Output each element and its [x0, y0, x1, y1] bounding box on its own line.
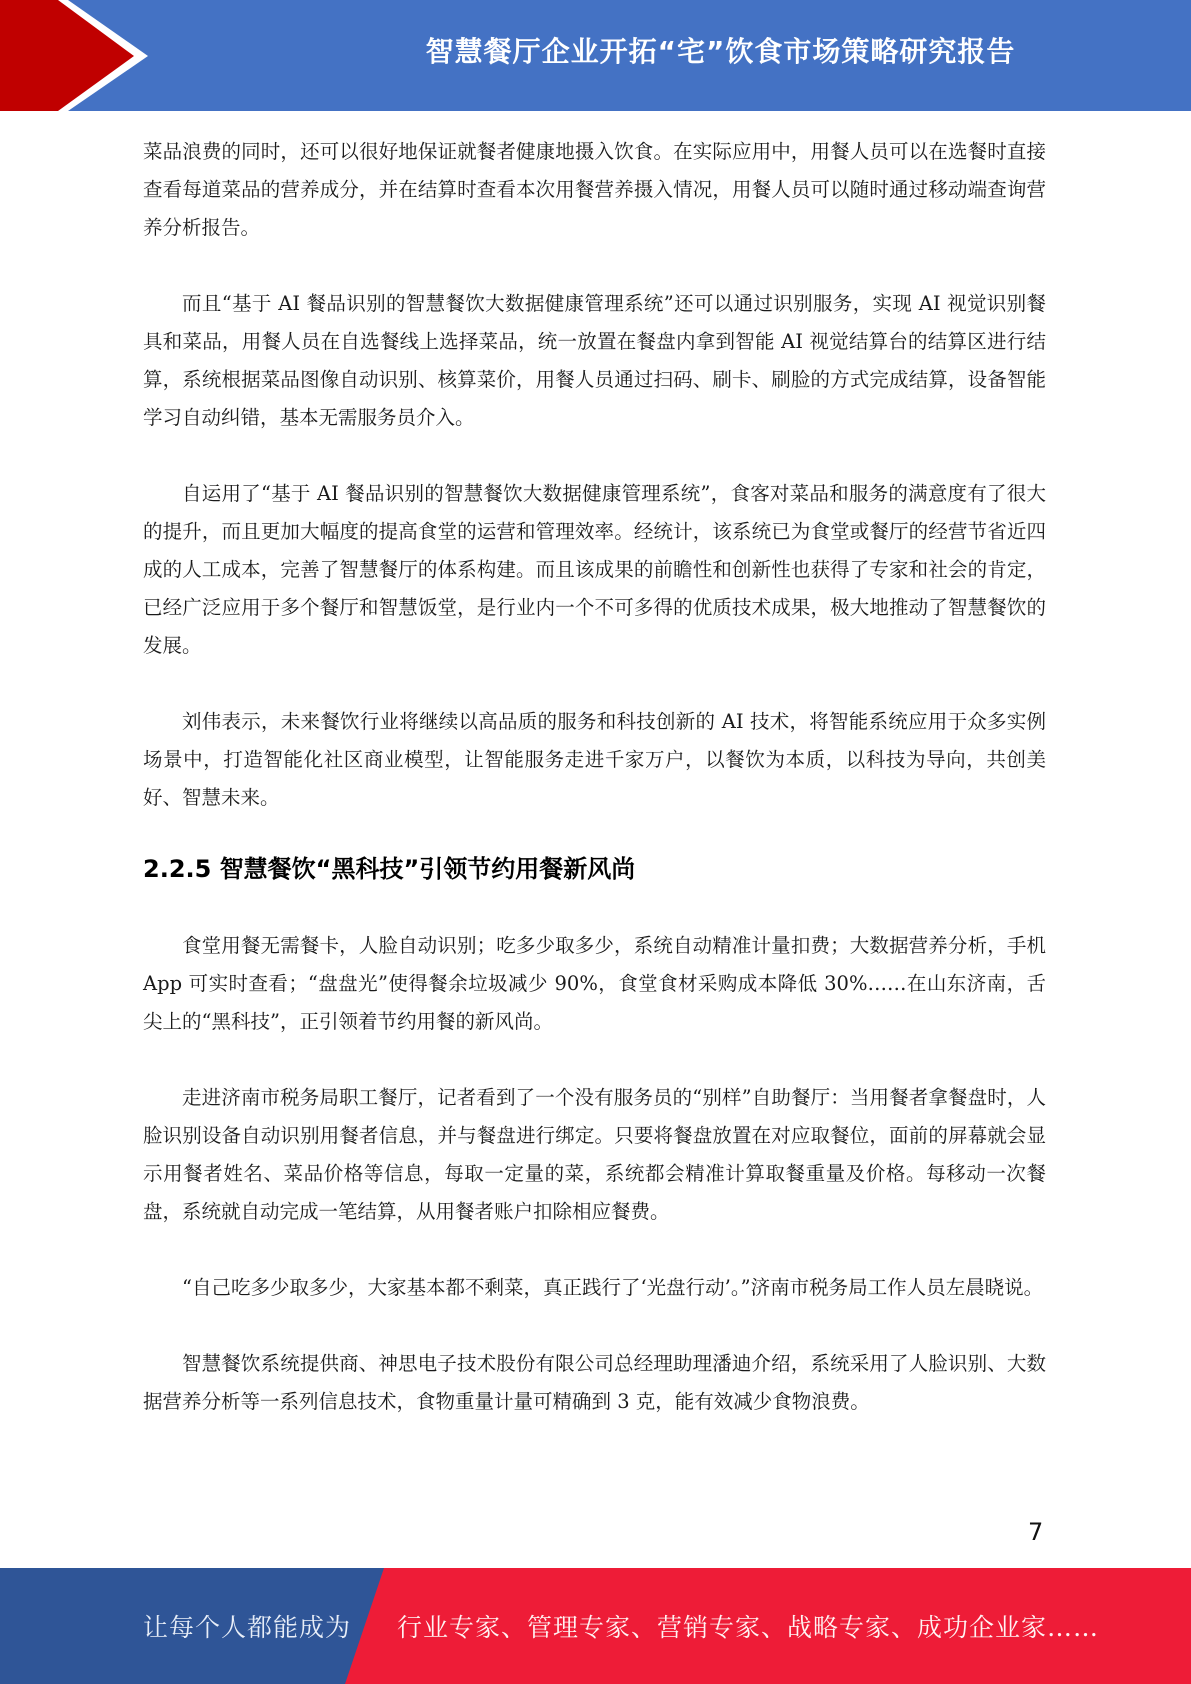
- paragraph: 而且“基于 AI 餐品识别的智慧餐饮大数据健康管理系统”还可以通过识别服务，实现…: [143, 285, 1046, 437]
- document-title: 智慧餐厅企业开拓“宅”饮食市场策略研究报告: [250, 0, 1151, 100]
- page-number: 7: [1028, 1518, 1043, 1546]
- paragraph: 走进济南市税务局职工餐厅，记者看到了一个没有服务员的“别样”自助餐厅：当用餐者拿…: [143, 1079, 1046, 1231]
- paragraph: 智慧餐饮系统提供商、神思电子技术股份有限公司总经理助理潘迪介绍，系统采用了人脸识…: [143, 1345, 1046, 1421]
- paragraph: “自己吃多少取多少，大家基本都不剩菜，真正践行了‘光盘行动’。”济南市税务局工作…: [143, 1269, 1046, 1307]
- paragraph: 食堂用餐无需餐卡，人脸自动识别；吃多少取多少，系统自动精准计量扣费；大数据营养分…: [143, 927, 1046, 1041]
- document-body: 菜品浪费的同时，还可以很好地保证就餐者健康地摄入饮食。在实际应用中，用餐人员可以…: [143, 133, 1046, 1421]
- paragraph: 自运用了“基于 AI 餐品识别的智慧餐饮大数据健康管理系统”，食客对菜品和服务的…: [143, 475, 1046, 665]
- paragraph: 菜品浪费的同时，还可以很好地保证就餐者健康地摄入饮食。在实际应用中，用餐人员可以…: [143, 133, 1046, 247]
- footer-slogan-right: 行业专家、管理专家、营销专家、战略专家、成功企业家……: [397, 1568, 1099, 1684]
- footer-slogan-left: 让每个人都能成为: [143, 1568, 351, 1684]
- paragraph: 刘伟表示，未来餐饮行业将继续以高品质的服务和科技创新的 AI 技术，将智能系统应…: [143, 703, 1046, 817]
- header-arrow-icon: [0, 0, 160, 111]
- page-footer: 让每个人都能成为 行业专家、管理专家、营销专家、战略专家、成功企业家……: [0, 1568, 1191, 1684]
- section-heading: 2.2.5 智慧餐饮“黑科技”引领节约用餐新风尚: [143, 849, 1046, 889]
- page-header: 智慧餐厅企业开拓“宅”饮食市场策略研究报告: [0, 0, 1191, 111]
